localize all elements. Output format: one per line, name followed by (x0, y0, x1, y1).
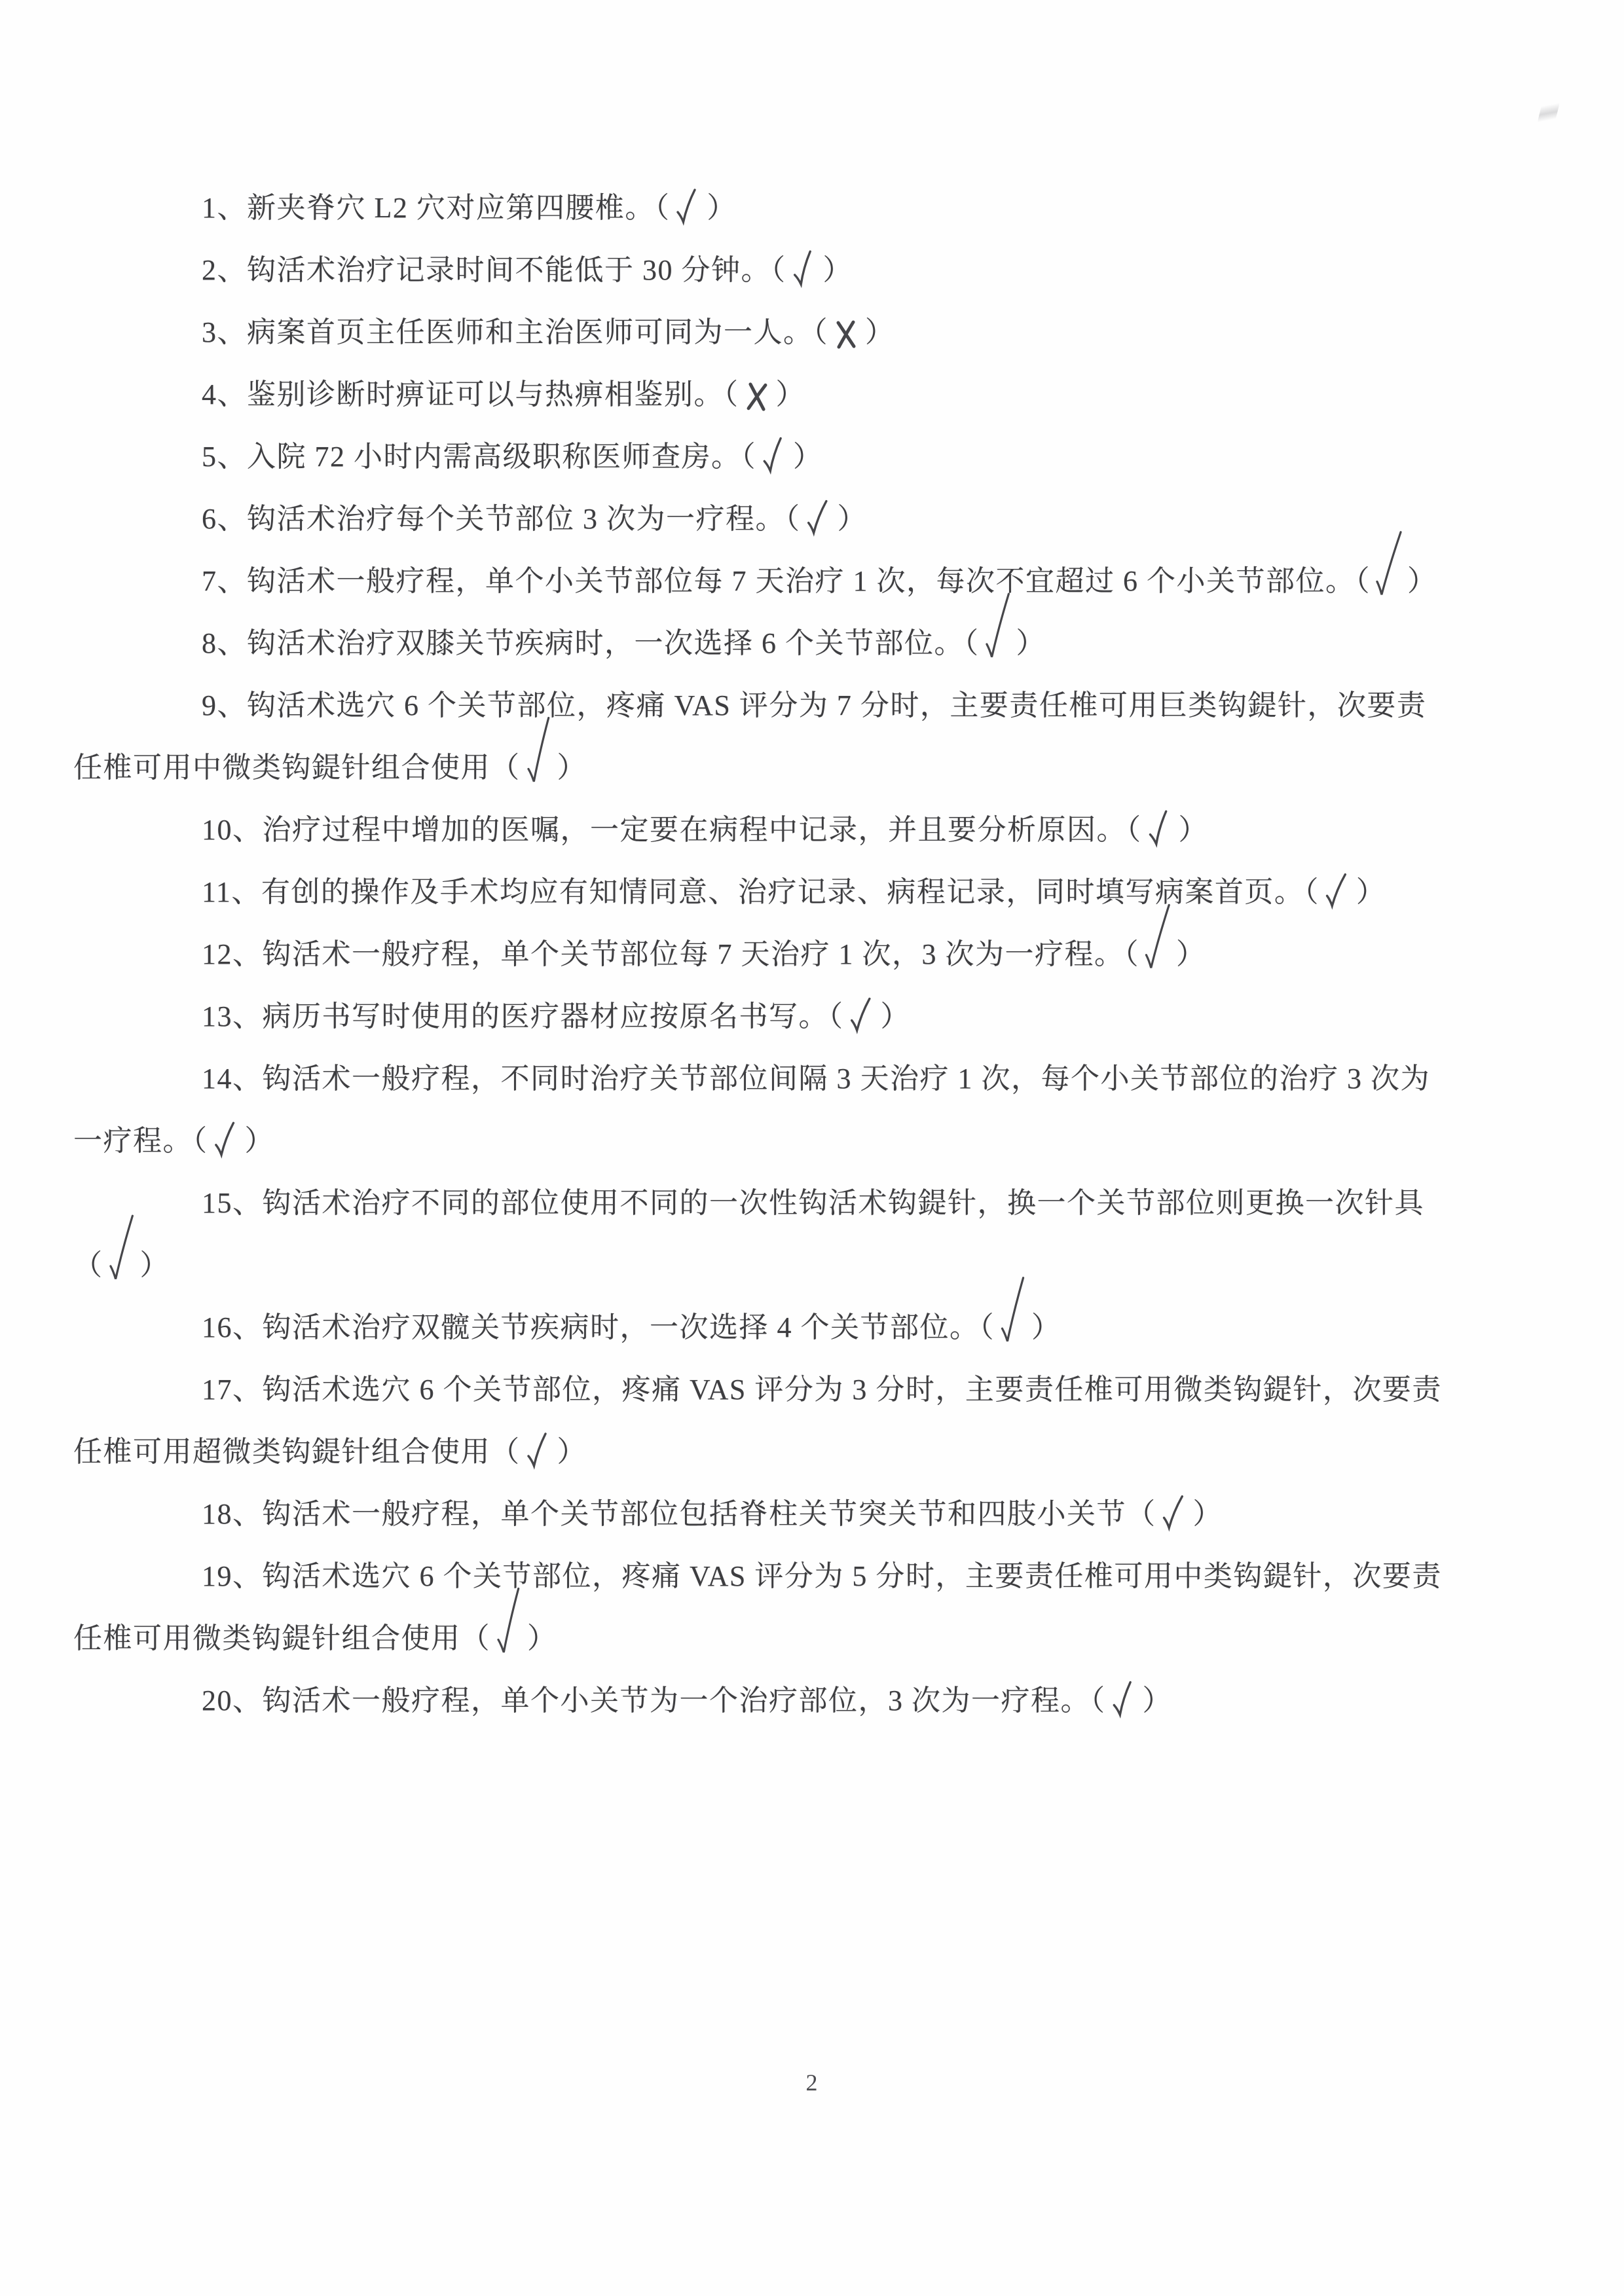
open-paren: （ (1304, 876, 1319, 908)
answer-area: （） (828, 1000, 910, 1032)
check-icon (806, 498, 831, 528)
question-text: 14、钩活术一般疗程，不同时治疗关节部位间隔 3 天治疗 1 次，每个小关节部位… (73, 1063, 1430, 1157)
open-paren: （ (1090, 1685, 1106, 1717)
question-item: 7、钩活术一般疗程，单个小关节部位每 7 天治疗 1 次，每次不宜超过 6 个小… (73, 550, 1573, 612)
close-paren: ） (557, 1436, 587, 1468)
question-item: 17、钩活术选穴 6 个关节部位，疼痛 VAS 评分为 3 分时，主要责任椎可用… (73, 1358, 1573, 1483)
check-glyph (1160, 1493, 1185, 1532)
check-glyph (805, 498, 828, 536)
open-paren: （ (771, 254, 786, 286)
question-item: 10、治疗过程中增加的医嘱，一定要在病程中记录，并且要分析原因。（） (73, 799, 1573, 861)
open-paren: （ (828, 1000, 844, 1032)
check-glyph (998, 1273, 1027, 1345)
open-paren: （ (655, 192, 671, 224)
open-paren: （ (490, 752, 521, 784)
close-paren: ） (527, 1622, 557, 1654)
close-paren: ） (1143, 1685, 1173, 1717)
close-paren: ） (1016, 627, 1046, 659)
close-paren: ） (1176, 938, 1206, 970)
question-item: 15、钩活术治疗不同的部位使用不同的一次性钩活术钩鍉针，换一个关节部位则更换一次… (73, 1172, 1573, 1296)
answer-area: （） (490, 752, 587, 784)
check-icon (1145, 934, 1170, 964)
question-text: 20、钩活术一般疗程，单个小关节为一个治疗部位，3 次为一疗程。 (202, 1685, 1090, 1717)
question-item: 12、钩活术一般疗程，单个关节部位每 7 天治疗 1 次，3 次为一疗程。（） (73, 923, 1573, 985)
close-paren: ） (881, 1000, 911, 1032)
open-paren: （ (1126, 1498, 1156, 1530)
question-item: 9、钩活术选穴 6 个关节部位，疼痛 VAS 评分为 7 分时，主要责任椎可用巨… (73, 674, 1573, 799)
question-item: 13、病历书写时使用的医疗器材应按原名书写。（） (73, 985, 1573, 1048)
question-text: 10、治疗过程中增加的医嘱，一定要在病程中记录，并且要分析原因。 (202, 814, 1126, 846)
question-text: 15、钩活术治疗不同的部位使用不同的一次性钩活术钩鍉针，换一个关节部位则更换一次… (202, 1187, 1424, 1219)
scan-smudge-artifact (1534, 82, 1564, 141)
question-text: 9、钩活术选穴 6 个关节部位，疼痛 VAS 评分为 7 分时，主要责任椎可用巨… (73, 689, 1426, 784)
answer-area: （） (1356, 565, 1437, 597)
question-item: 3、病案首页主任医师和主治医师可同为一人。（） (73, 301, 1573, 363)
answer-area: （） (490, 1436, 587, 1468)
question-text: 3、病案首页主任医师和主治医师可同为一人。 (202, 316, 813, 348)
question-item: 6、钩活术治疗每个关节部位 3 次为一疗程。（） (73, 488, 1573, 550)
check-icon (985, 623, 1010, 653)
check-glyph (525, 714, 552, 785)
open-paren: （ (813, 316, 829, 348)
cross-icon (834, 312, 858, 342)
answer-area: （） (193, 1125, 274, 1157)
question-text: 5、入院 72 小时内需高级职称医师查房。 (202, 441, 741, 473)
check-glyph (848, 995, 872, 1034)
question-text: 2、钩活术治疗记录时间不能低于 30 分钟。 (202, 254, 771, 286)
question-item: 16、钩活术治疗双髋关节疾病时，一次选择 4 个关节部位。（） (73, 1296, 1573, 1358)
check-icon (792, 249, 817, 280)
question-text: 17、钩活术选穴 6 个关节部位，疼痛 VAS 评分为 3 分时，主要责任椎可用… (73, 1374, 1442, 1468)
cross-icon (745, 374, 769, 404)
close-paren: ） (1179, 814, 1209, 846)
check-glyph (675, 187, 697, 225)
answer-area: （） (461, 1622, 557, 1654)
close-paren: ） (823, 254, 853, 286)
question-item: 11、有创的操作及手术均应有知情同意、治疗记录、病程记录，同时填写病案首页。（） (73, 861, 1573, 923)
close-paren: ） (140, 1249, 170, 1281)
cross-glyph (834, 319, 858, 350)
page-number: 2 (0, 2069, 1624, 2096)
check-glyph (213, 1120, 236, 1159)
check-icon (1147, 809, 1172, 839)
question-item: 14、钩活术一般疗程，不同时治疗关节部位间隔 3 天治疗 1 次，每个小关节部位… (73, 1048, 1573, 1172)
close-paren: ） (1407, 565, 1437, 597)
question-item: 18、钩活术一般疗程，单个关节部位包括脊柱关节突关节和四肢小关节（） (73, 1483, 1573, 1545)
check-icon (762, 436, 786, 466)
close-paren: ） (776, 378, 806, 410)
open-paren: （ (461, 1622, 491, 1654)
question-text: 6、钩活术治疗每个关节部位 3 次为一疗程。 (202, 503, 785, 535)
check-glyph (1110, 1679, 1134, 1718)
answer-area: （） (1126, 814, 1208, 846)
answer-area: （） (741, 441, 823, 473)
answer-area: （） (655, 192, 737, 224)
question-item: 19、钩活术选穴 6 个关节部位，疼痛 VAS 评分为 5 分时，主要责任椎可用… (73, 1545, 1573, 1669)
answer-area: （） (1124, 938, 1206, 970)
question-item: 4、鉴别诊断时痹证可以与热痹相鉴别。（） (73, 363, 1573, 426)
question-text: 12、钩活术一般疗程，单个关节部位每 7 天治疗 1 次，3 次为一疗程。 (202, 938, 1124, 970)
question-item: 2、钩活术治疗记录时间不能低于 30 分钟。（） (73, 239, 1573, 301)
question-text: 13、病历书写时使用的医疗器材应按原名书写。 (202, 1000, 828, 1032)
check-icon (213, 1120, 238, 1150)
answer-area: （） (1304, 876, 1386, 908)
question-text: 7、钩活术一般疗程，单个小关节部位每 7 天治疗 1 次，每次不宜超过 6 个小… (202, 565, 1356, 597)
open-paren: （ (785, 503, 801, 535)
answer-area: （） (73, 1249, 170, 1281)
open-paren: （ (724, 378, 739, 410)
check-glyph (494, 1584, 522, 1656)
question-text: 19、钩活术选穴 6 个关节部位，疼痛 VAS 评分为 5 分时，主要责任椎可用… (73, 1560, 1442, 1654)
open-paren: （ (73, 1249, 103, 1281)
answer-area: （） (980, 1311, 1061, 1343)
check-icon (1000, 1307, 1025, 1337)
check-glyph (1323, 871, 1348, 910)
open-paren: （ (980, 1311, 995, 1343)
open-paren: （ (741, 441, 757, 473)
question-text: 18、钩活术一般疗程，单个关节部位包括脊柱关节突关节和四肢小关节 (202, 1498, 1126, 1530)
check-icon (1376, 560, 1401, 591)
answer-area: （） (724, 378, 805, 410)
question-item: 5、入院 72 小时内需高级职称医师查房。（） (73, 426, 1573, 488)
check-glyph (1146, 809, 1170, 848)
answer-area: （） (1090, 1685, 1172, 1717)
answer-area: （） (813, 316, 895, 348)
open-paren: （ (193, 1125, 208, 1157)
question-item: 1、新夹脊穴 L2 穴对应第四腰椎。（） (73, 177, 1573, 239)
close-paren: ） (793, 441, 823, 473)
open-paren: （ (490, 1436, 521, 1468)
check-glyph (790, 249, 815, 288)
check-icon (1162, 1493, 1187, 1523)
open-paren: （ (1126, 814, 1142, 846)
answer-area: （） (964, 627, 1046, 659)
close-paren: ） (865, 316, 895, 348)
question-text: 1、新夹脊穴 L2 穴对应第四腰椎。 (202, 192, 655, 224)
check-glyph (1141, 900, 1172, 973)
close-paren: ） (707, 192, 737, 224)
cross-glyph (743, 380, 771, 413)
document-page: 1、新夹脊穴 L2 穴对应第四腰椎。（） 2、钩活术治疗记录时间不能低于 30 … (0, 0, 1624, 2296)
open-paren: （ (964, 627, 980, 659)
check-icon (109, 1245, 134, 1275)
question-text: 16、钩活术治疗双髋关节疾病时，一次选择 4 个关节部位。 (202, 1311, 980, 1343)
check-icon (1111, 1680, 1136, 1710)
check-icon (1325, 871, 1350, 902)
close-paren: ） (1193, 1498, 1223, 1530)
check-glyph (106, 1211, 136, 1283)
question-item: 8、钩活术治疗双膝关节疾病时，一次选择 6 个关节部位。（） (73, 612, 1573, 674)
check-icon (526, 747, 551, 777)
close-paren: ） (557, 752, 587, 784)
check-glyph (526, 1431, 548, 1469)
check-glyph (761, 435, 784, 474)
question-text: 8、钩活术治疗双膝关节疾病时，一次选择 6 个关节部位。 (202, 627, 964, 659)
check-icon (496, 1618, 521, 1648)
open-paren: （ (1124, 938, 1140, 970)
answer-area: （） (1126, 1498, 1223, 1530)
answer-area: （） (771, 254, 853, 286)
answer-area: （） (785, 503, 867, 535)
check-icon (675, 187, 700, 217)
question-list: 1、新夹脊穴 L2 穴对应第四腰椎。（） 2、钩活术治疗记录时间不能低于 30 … (73, 177, 1573, 1732)
close-paren: ） (838, 503, 868, 535)
question-text: 4、鉴别诊断时痹证可以与热痹相鉴别。 (202, 378, 724, 410)
check-glyph (982, 589, 1012, 661)
check-icon (526, 1431, 551, 1461)
close-paren: ） (1031, 1311, 1061, 1343)
question-text: 11、有创的操作及手术均应有知情同意、治疗记录、病程记录，同时填写病案首页。 (202, 876, 1304, 908)
open-paren: （ (1356, 565, 1371, 597)
check-icon (849, 996, 874, 1026)
close-paren: ） (1356, 876, 1386, 908)
close-paren: ） (245, 1125, 275, 1157)
question-item: 20、钩活术一般疗程，单个小关节为一个治疗部位，3 次为一疗程。（） (73, 1669, 1573, 1732)
